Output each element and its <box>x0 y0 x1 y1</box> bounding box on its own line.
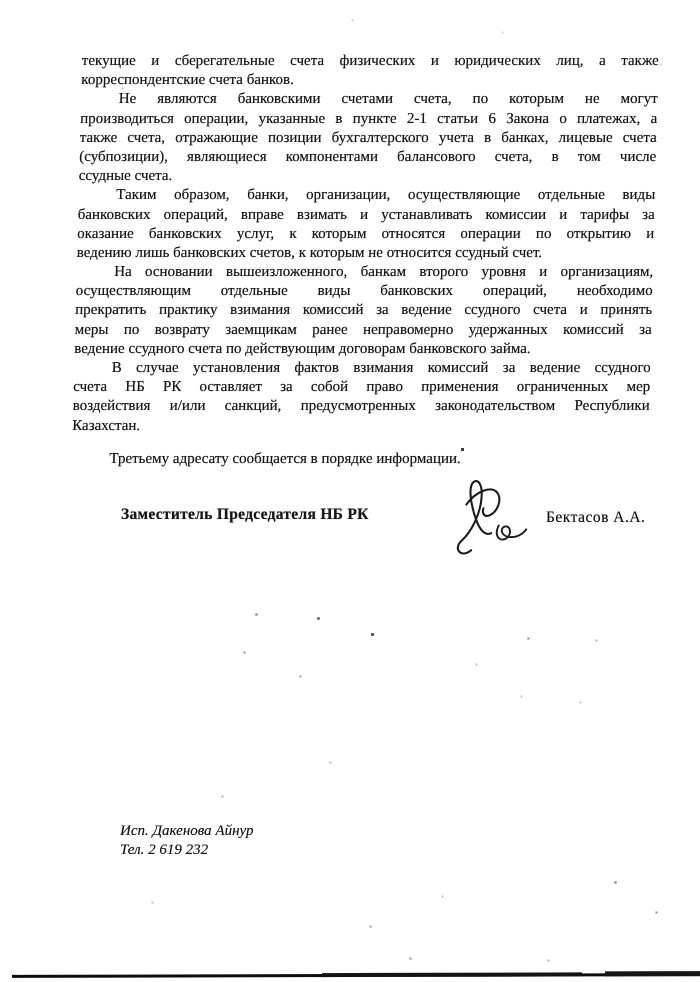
letter-line: На основании вышеизложенного, банкам вто… <box>76 263 654 282</box>
letter-line: ссудные счета. <box>78 167 656 186</box>
closing-note: Третьему адресату сообщается в порядке и… <box>71 450 649 469</box>
signoff-title: Заместитель Председателя НБ РК <box>121 506 369 524</box>
letter-line: воздействия и/или санкций, предусмотренн… <box>72 397 650 416</box>
paragraph-1: текущие и сберегательные счета физически… <box>81 52 659 90</box>
scan-noise-specks <box>0 0 1 1</box>
executor-phone-line: Тел. 2 619 232 <box>120 841 254 860</box>
executor-footer: Исп. Дакенова Айнур Тел. 2 619 232 <box>120 822 254 860</box>
paragraph-5: В случае установления фактов взимания ко… <box>72 359 651 436</box>
letter-line: корреспондентские счета банков. <box>81 71 659 90</box>
scan-artifact-bottom-line <box>12 973 700 978</box>
letter-line: Не являются банковскими счетами счета, п… <box>80 90 658 109</box>
signoff-name: Бектасов А.А. <box>546 509 645 527</box>
letter-line: В случае установления фактов взимания ко… <box>73 359 651 378</box>
letter-line: Казахстан. <box>72 417 650 436</box>
paragraph-4: На основании вышеизложенного, банкам вто… <box>74 263 654 359</box>
executor-name-line: Исп. Дакенова Айнур <box>120 822 254 841</box>
letter-line: ведение ссудного счета по действующим до… <box>74 340 652 359</box>
letter-line: Таким образом, банки, организации, осуще… <box>78 186 656 205</box>
letter-line: (субпозиции), являющиеся компонентами ба… <box>79 148 657 167</box>
letter-line: производиться операции, указанные в пунк… <box>80 110 658 129</box>
letter-body: текущие и сберегательные счета физически… <box>71 52 659 469</box>
paragraph-2: Не являются банковскими счетами счета, п… <box>78 90 658 186</box>
paragraph-3: Таким образом, банки, организации, осуще… <box>76 186 655 263</box>
letter-line: ведению лишь банковских счетов, к которы… <box>76 244 654 263</box>
letter-line: счета НБ РК оставляет за собой право при… <box>73 378 651 397</box>
handwritten-signature-icon <box>450 476 536 556</box>
letter-line: прекратить практику взимания комиссий за… <box>75 301 653 320</box>
scanned-letter-page: текущие и сберегательные счета физически… <box>0 0 700 982</box>
letter-line: банковских операций, вправе взимать и ус… <box>77 206 655 225</box>
letter-line: оказание банковских услуг, к которым отн… <box>77 225 655 244</box>
letter-line: меры по возврату заемщикам ранее неправо… <box>74 321 652 340</box>
letter-line: также счета, отражающие позиции бухгалте… <box>79 129 657 148</box>
letter-line: текущие и сберегательные счета физически… <box>81 52 659 71</box>
letter-line: осуществляющим отдельные виды банковских… <box>75 282 653 301</box>
